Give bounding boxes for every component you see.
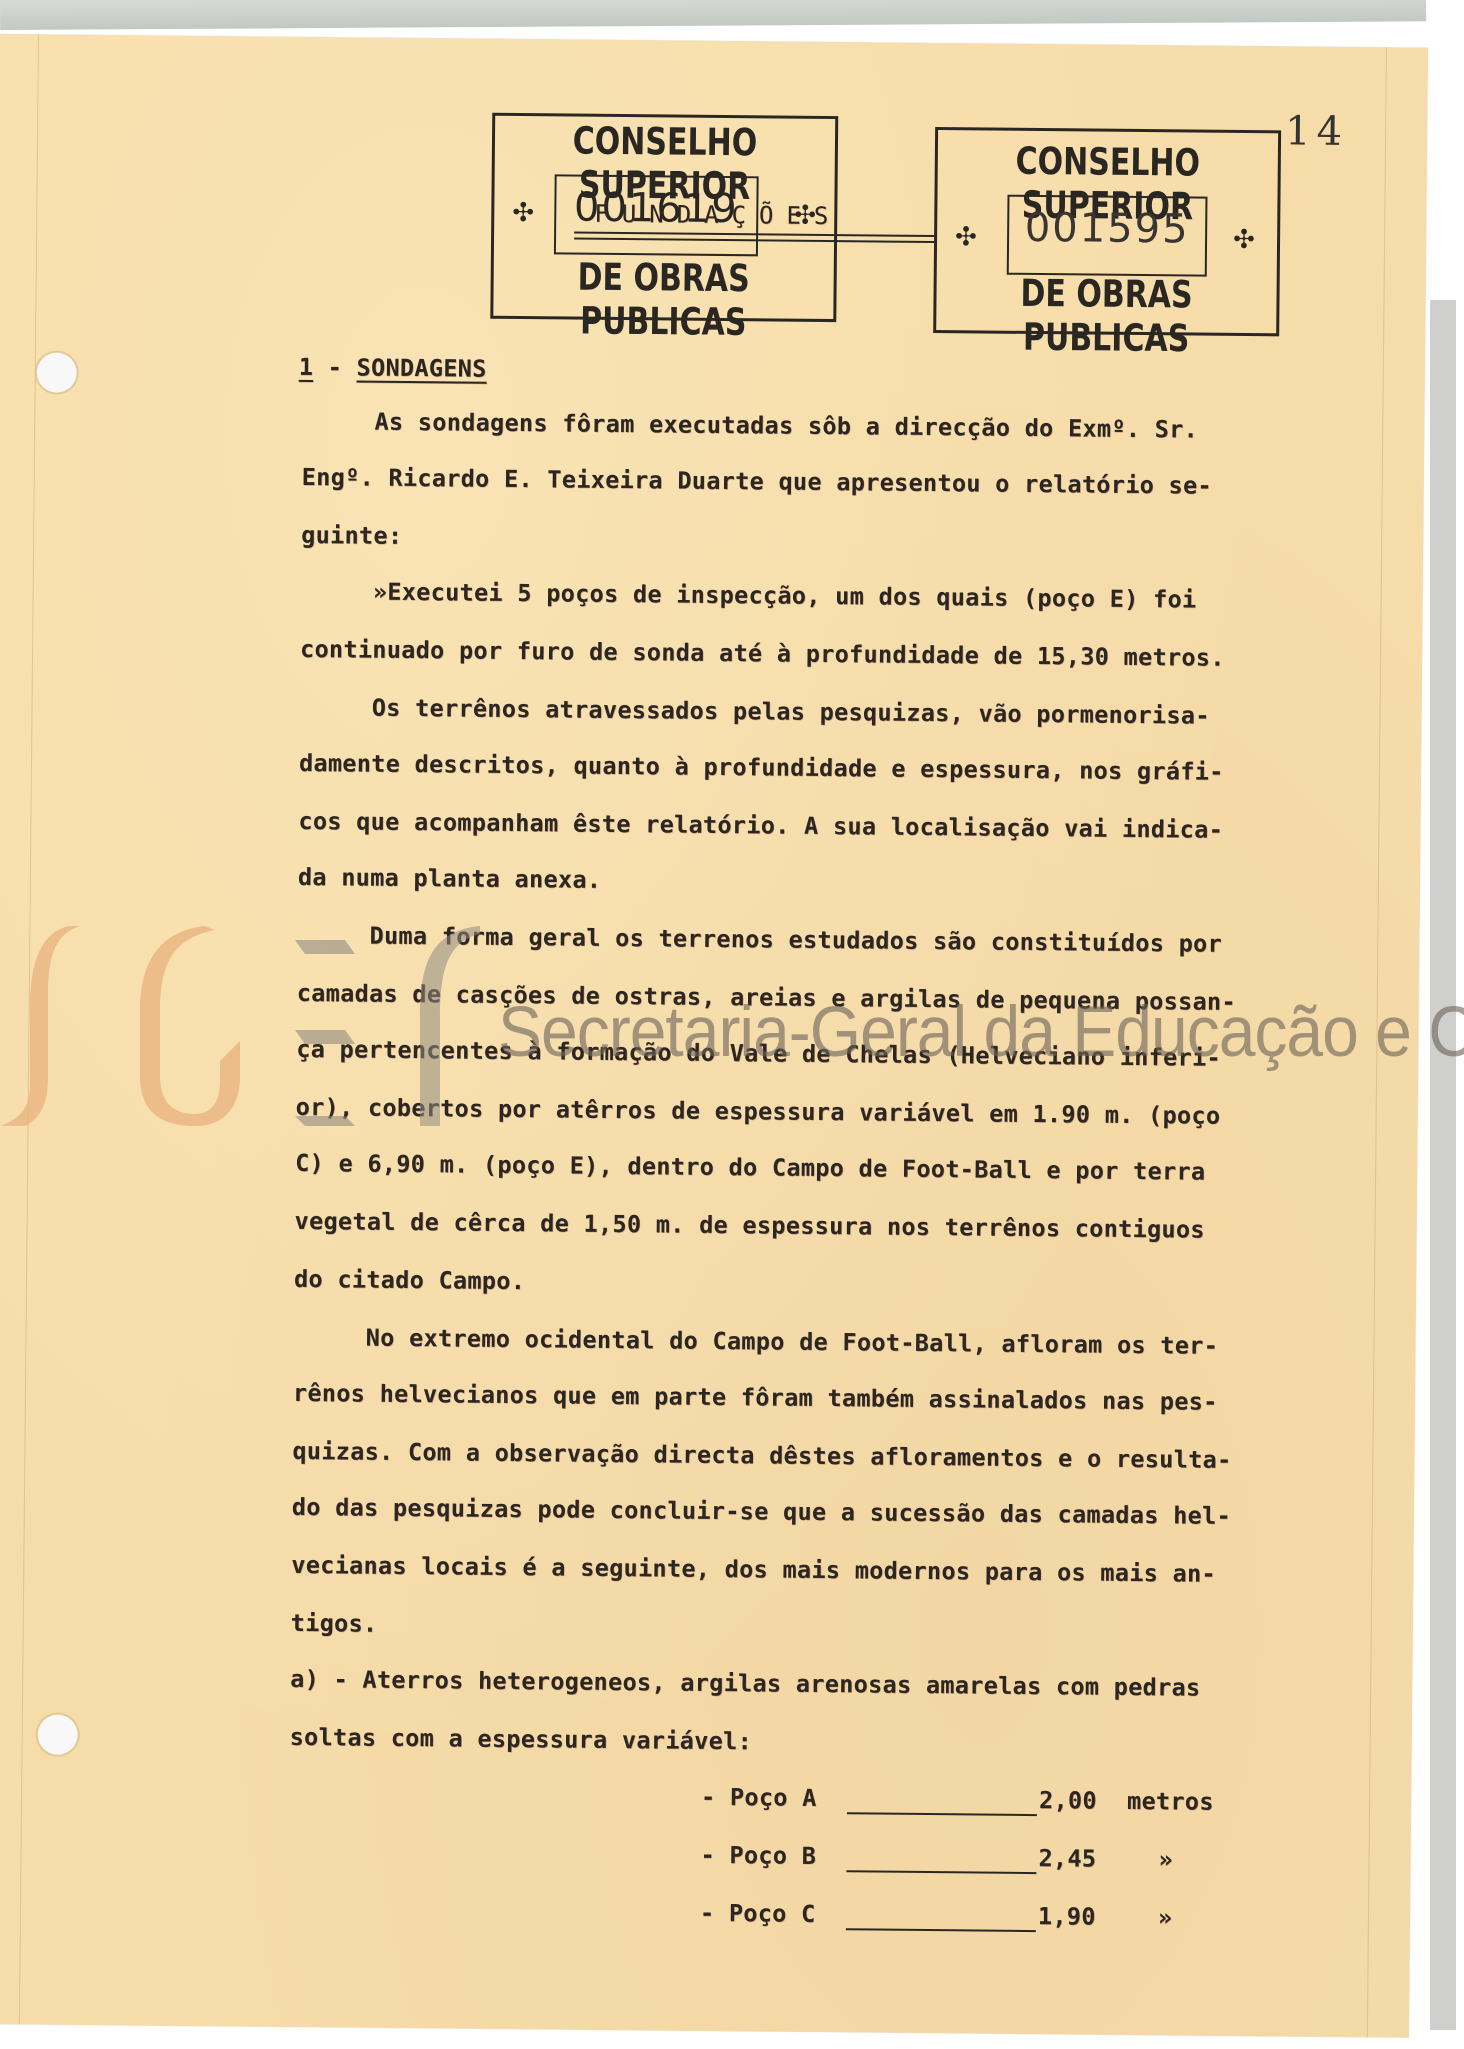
wells-table: - Poço A 2,00 metros - Poço B 2,45 » - P… bbox=[0, 34, 1428, 48]
well-unit: » bbox=[1158, 1903, 1173, 1931]
body-line: continuado por furo de sonda até à profu… bbox=[300, 635, 1225, 672]
section-heading-number: 1 bbox=[299, 353, 314, 381]
body-line: tigos. bbox=[291, 1609, 378, 1638]
well-value: 2,45 bbox=[1038, 1844, 1096, 1873]
header-title: FUNDAÇÕES bbox=[594, 200, 841, 230]
body-line: guinte: bbox=[301, 521, 402, 550]
body-line: quizas. Com a observação directa dêstes … bbox=[292, 1437, 1231, 1474]
stamp-number: 001595 bbox=[1025, 205, 1190, 253]
body-line: soltas com a espessura variável: bbox=[290, 1723, 753, 1755]
punch-hole bbox=[37, 352, 77, 392]
body-line: rênos helvecianos que em parte fôram tam… bbox=[293, 1379, 1218, 1416]
wells-row: - Poço A 2,00 metros bbox=[0, 34, 1428, 48]
section-heading-title: SONDAGENS bbox=[356, 353, 486, 382]
body-line: damente descritos, quanto à profundidade… bbox=[299, 749, 1224, 786]
section-heading-separator: - bbox=[313, 353, 357, 381]
body-line: Os terrênos atravessados pelas pesquizas… bbox=[299, 693, 1209, 730]
wells-row: - Poço C 1,90 » bbox=[0, 34, 1428, 48]
watermark-text: Secretaria-Geral da Educação e Ciência bbox=[498, 990, 1464, 1072]
leader-line bbox=[847, 1812, 1037, 1816]
body-line: do citado Campo. bbox=[294, 1265, 525, 1295]
body-line: cos que acompanham êste relatório. A sua… bbox=[298, 807, 1223, 844]
leader-line bbox=[846, 1870, 1036, 1874]
body-line: »Executei 5 poços de inspecção, um dos q… bbox=[301, 577, 1197, 614]
body-line: vegetal de cêrca de 1,50 m. de espessura… bbox=[294, 1207, 1204, 1244]
cross-icon: ✣ bbox=[512, 198, 534, 228]
scanner-backing-top bbox=[0, 0, 1426, 30]
wells-row: - Poço B 2,45 » bbox=[0, 34, 1428, 48]
stamp-bottom-text: DE OBRAS PUBLICAS bbox=[936, 271, 1277, 362]
body-line: da numa planta anexa. bbox=[298, 863, 602, 894]
body-line: As sondagens fôram executadas sôb a dire… bbox=[302, 407, 1198, 444]
body-line: C) e 6,90 m. (poço E), dentro do Campo d… bbox=[295, 1149, 1205, 1186]
well-unit: » bbox=[1158, 1845, 1173, 1873]
leader-line bbox=[846, 1928, 1036, 1932]
sg-logo-icon bbox=[0, 926, 480, 1126]
section-heading: 1 - SONDAGENS bbox=[299, 353, 487, 383]
body-line: vecianas locais é a seguinte, dos mais m… bbox=[291, 1551, 1216, 1588]
stamp-number-box: 001595 bbox=[1007, 195, 1208, 277]
punch-hole bbox=[37, 1714, 77, 1754]
body-line: a) - Aterros heterogeneos, argilas areno… bbox=[290, 1665, 1200, 1702]
well-label: - Poço A bbox=[701, 1783, 817, 1812]
scanned-page: 14 CONSELHO SUPERIOR ✣ 001619 ✣ DE OBRAS… bbox=[0, 0, 1464, 2049]
well-label: - Poço B bbox=[700, 1841, 816, 1870]
body-line: Engº. Ricardo E. Teixeira Duarte que apr… bbox=[302, 463, 1212, 500]
stamp-bottom-text: DE OBRAS PUBLICAS bbox=[493, 255, 834, 346]
body-line: No extremo ocidental do Campo de Foot-Ba… bbox=[293, 1323, 1218, 1360]
registry-stamp: CONSELHO SUPERIOR ✣ 001595 ✣ DE OBRAS PU… bbox=[933, 127, 1281, 336]
well-value: 1,90 bbox=[1038, 1902, 1096, 1931]
well-unit: metros bbox=[1127, 1787, 1214, 1816]
well-value: 2,00 bbox=[1039, 1786, 1097, 1815]
cross-icon: ✣ bbox=[955, 222, 977, 252]
scanner-backing-right bbox=[1430, 300, 1456, 2030]
well-label: - Poço C bbox=[700, 1899, 816, 1928]
page-number: 14 bbox=[1285, 108, 1348, 155]
body-line: do das pesquizas pode concluir-se que a … bbox=[292, 1493, 1231, 1530]
cross-icon: ✣ bbox=[1233, 225, 1255, 255]
